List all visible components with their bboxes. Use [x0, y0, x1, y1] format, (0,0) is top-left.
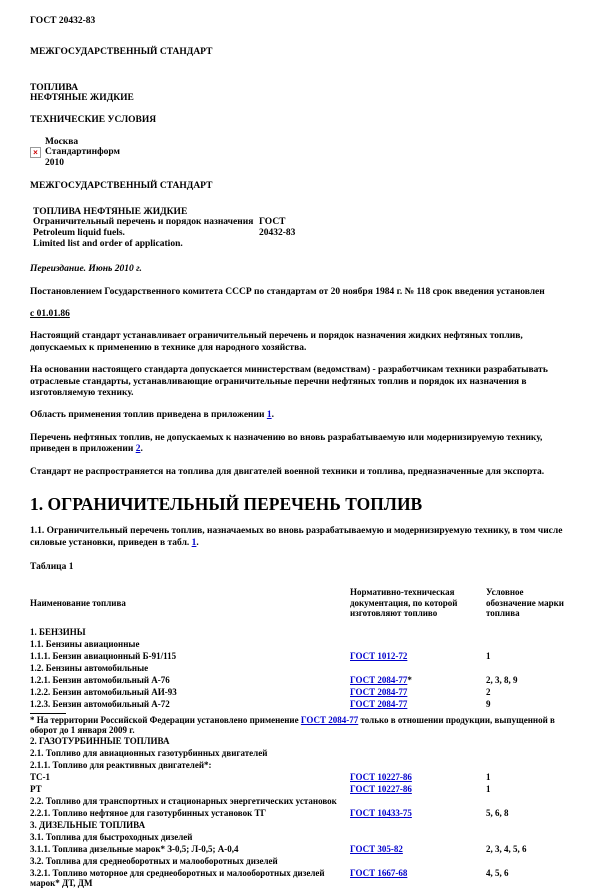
- doc-subtitle: ТЕХНИЧЕСКИЕ УСЛОВИЯ: [30, 115, 565, 126]
- fuel-name-cell: 1.2.3. Бензин автомобильный А-72: [30, 699, 350, 709]
- section-1-heading: 1. ОГРАНИЧИТЕЛЬНЫЙ ПЕРЕЧЕНЬ ТОПЛИВ: [30, 495, 565, 514]
- fuel-doc-cell: [350, 760, 486, 770]
- fuel-table-header: Наименование топлива Нормативно-техничес…: [30, 587, 565, 618]
- doc-title-line1: ТОПЛИВА: [30, 83, 565, 93]
- table-row: 1.1. Бензины авиационные: [30, 638, 565, 650]
- fuel-code-cell: [486, 796, 565, 806]
- table-row: 1. БЕНЗИНЫ: [30, 626, 565, 638]
- fuel-code-cell: 5, 6, 8: [486, 808, 565, 818]
- broken-image-icon: ×: [30, 147, 41, 158]
- effective-date: с 01.01.86: [30, 309, 70, 319]
- fuel-name-cell: 2.2. Топливо для транспортных и стациона…: [30, 796, 350, 806]
- fuel-doc-cell: [350, 820, 486, 830]
- text: .: [272, 410, 274, 420]
- footnote-text: * На территории Российской Федерации уст…: [30, 715, 565, 736]
- gost-link[interactable]: ГОСТ 1012-72: [350, 651, 407, 661]
- fuel-name-cell: 1.2. Бензины автомобильные: [30, 663, 350, 673]
- basis-paragraph: На основании настоящего стандарта допуск…: [30, 365, 565, 399]
- scope-paragraph: Настоящий стандарт устанавливает огранич…: [30, 331, 565, 354]
- fuel-name-cell: 3.2. Топлива для среднеоборотных и малоо…: [30, 856, 350, 866]
- gost-link[interactable]: ГОСТ 2084-77: [301, 715, 358, 725]
- fuel-name-cell: 1.1. Бензины авиационные: [30, 639, 350, 649]
- fuel-name-cell: ТС-1: [30, 772, 350, 782]
- fuel-doc-cell: ГОСТ 305-82: [350, 844, 486, 854]
- subtitle-en: Limited list and order of application.: [33, 239, 259, 250]
- table-row: 2.1. Топливо для авиационных газотурбинн…: [30, 748, 565, 760]
- fuel-doc-cell: ГОСТ 2084-77: [350, 699, 486, 709]
- gost-link[interactable]: ГОСТ 2084-77: [350, 687, 407, 697]
- fuel-doc-cell: ГОСТ 2084-77: [350, 687, 486, 697]
- column-header-doc: Нормативно-техническая документация, по …: [350, 587, 486, 618]
- fuel-doc-cell: ГОСТ 1012-72: [350, 651, 486, 661]
- standard-kind-2: МЕЖГОСУДАРСТВЕННЫЙ СТАНДАРТ: [30, 181, 565, 192]
- fuel-name-cell: 1. БЕНЗИНЫ: [30, 627, 350, 637]
- title-block-left: ТОПЛИВА НЕФТЯНЫЕ ЖИДКИЕ Ограничительный …: [33, 207, 259, 250]
- table-row: 3.1.1. Топлива дизельные марок* З-0,5; Л…: [30, 843, 565, 855]
- fuel-name-cell: 1.1.1. Бензин авиационный Б-91/115: [30, 651, 350, 661]
- text: 1.1. Ограничительный перечень топлив, на…: [30, 526, 562, 547]
- fuel-code-cell: 4, 5, 6: [486, 868, 565, 889]
- fuel-doc-cell: [350, 663, 486, 673]
- column-header-code: Условное обозначение марки топлива: [486, 587, 565, 618]
- doc-title-line2: НЕФТЯНЫЕ ЖИДКИЕ: [30, 93, 565, 103]
- fuel-doc-cell: ГОСТ 10227-86: [350, 772, 486, 782]
- imprint-lines: Москва Стандартинформ 2010: [45, 137, 120, 168]
- fuel-doc-cell: [350, 796, 486, 806]
- fuel-code-cell: [486, 832, 565, 842]
- fuel-code-cell: 1: [486, 651, 565, 661]
- fuel-name-cell: 2.1.1. Топливо для реактивных двигателей…: [30, 760, 350, 770]
- application-area-paragraph: Область применения топлив приведена в пр…: [30, 410, 565, 421]
- fuel-code-cell: [486, 639, 565, 649]
- fuel-name-cell: 3.1. Топлива для быстроходных дизелей: [30, 832, 350, 842]
- clause-1-1-paragraph: 1.1. Ограничительный перечень топлив, на…: [30, 526, 565, 549]
- fuel-code-cell: [486, 856, 565, 866]
- fuel-doc-cell: [350, 736, 486, 746]
- text: Область применения топлив приведена в пр…: [30, 410, 267, 420]
- footnote-rule-divider: [30, 713, 66, 714]
- document-page: ГОСТ 20432-83 МЕЖГОСУДАРСТВЕННЫЙ СТАНДАР…: [0, 0, 595, 889]
- table-row: РТГОСТ 10227-861: [30, 783, 565, 795]
- text: .: [140, 444, 142, 454]
- table-row: 3. ДИЗЕЛЬНЫЕ ТОПЛИВА: [30, 819, 565, 831]
- gost-link[interactable]: ГОСТ 2084-77: [350, 675, 407, 685]
- fuel-doc-cell: [350, 639, 486, 649]
- fuel-doc-cell: ГОСТ 10227-86: [350, 784, 486, 794]
- table-row: 1.2.2. Бензин автомобильный АИ-93ГОСТ 20…: [30, 686, 565, 698]
- title-en: Petroleum liquid fuels.: [33, 228, 259, 239]
- fuel-name-cell: 2.2.1. Топливо нефтяное для газотурбинны…: [30, 808, 350, 818]
- imprint-publisher: Стандартинформ: [45, 147, 120, 157]
- exclusion-paragraph: Стандарт не распространяется на топлива …: [30, 467, 565, 478]
- gost-link[interactable]: ГОСТ 2084-77: [350, 699, 407, 709]
- fuel-doc-cell: [350, 856, 486, 866]
- table-row: 1.2.3. Бензин автомобильный А-72ГОСТ 208…: [30, 698, 565, 710]
- table-row: 2.2. Топливо для транспортных и стациона…: [30, 795, 565, 807]
- gost-link[interactable]: ГОСТ 10433-75: [350, 808, 412, 818]
- column-header-name: Наименование топлива: [30, 598, 350, 608]
- standard-kind: МЕЖГОСУДАРСТВЕННЫЙ СТАНДАРТ: [30, 47, 565, 58]
- imprint-year: 2010: [45, 158, 120, 168]
- table-row: 2. ГАЗОТУРБИННЫЕ ТОПЛИВА: [30, 736, 565, 748]
- title-block: ТОПЛИВА НЕФТЯНЫЕ ЖИДКИЕ Ограничительный …: [33, 207, 565, 250]
- gost-link[interactable]: ГОСТ 10227-86: [350, 772, 412, 782]
- fuel-code-cell: 2: [486, 687, 565, 697]
- table-row: ТС-1ГОСТ 10227-861: [30, 771, 565, 783]
- fuel-table-body: 1. БЕНЗИНЫ1.1. Бензины авиационные1.1.1.…: [30, 626, 565, 889]
- code-label: ГОСТ: [259, 217, 295, 228]
- fuel-doc-cell: [350, 748, 486, 758]
- fuel-name-cell: 2. ГАЗОТУРБИННЫЕ ТОПЛИВА: [30, 736, 350, 746]
- fuel-code-cell: 2, 3, 8, 9: [486, 675, 565, 685]
- table-row: 1.2.1. Бензин автомобильный А-76ГОСТ 208…: [30, 674, 565, 686]
- doc-code: ГОСТ 20432-83: [30, 16, 565, 27]
- table-row: 2.2.1. Топливо нефтяное для газотурбинны…: [30, 807, 565, 819]
- reissue-note: Переиздание. Июнь 2010 г.: [30, 264, 565, 275]
- imprint-city: Москва: [45, 137, 120, 147]
- fuel-code-cell: 2, 3, 4, 5, 6: [486, 844, 565, 854]
- fuel-name-cell: РТ: [30, 784, 350, 794]
- table-row: 1.2. Бензины автомобильные: [30, 662, 565, 674]
- fuel-code-cell: [486, 748, 565, 758]
- text: .: [196, 538, 198, 548]
- gost-link[interactable]: ГОСТ 305-82: [350, 844, 403, 854]
- gost-link[interactable]: ГОСТ 1667-68: [350, 868, 407, 878]
- doc-title: ТОПЛИВА НЕФТЯНЫЕ ЖИДКИЕ: [30, 83, 565, 104]
- fuel-table: Наименование топлива Нормативно-техничес…: [30, 587, 565, 889]
- fuel-doc-cell: ГОСТ 10433-75: [350, 808, 486, 818]
- fuel-code-cell: 1: [486, 784, 565, 794]
- fuel-code-cell: [486, 663, 565, 673]
- table-footnote: * На территории Российской Федерации уст…: [30, 713, 565, 736]
- fuel-name-cell: 1.2.1. Бензин автомобильный А-76: [30, 675, 350, 685]
- table-row: 2.1.1. Топливо для реактивных двигателей…: [30, 760, 565, 772]
- excluded-fuels-paragraph: Перечень нефтяных топлив, не допускаемых…: [30, 433, 565, 456]
- fuel-name-cell: 3.2.1. Топливо моторное для среднеоборот…: [30, 868, 350, 889]
- title-block-code: ГОСТ 20432-83: [259, 207, 295, 250]
- table-row: 1.1.1. Бензин авиационный Б-91/115ГОСТ 1…: [30, 650, 565, 662]
- table-row: 3.2. Топлива для среднеоборотных и малоо…: [30, 855, 565, 867]
- gost-link[interactable]: ГОСТ 10227-86: [350, 784, 412, 794]
- code-number: 20432-83: [259, 228, 295, 239]
- fuel-name-cell: 3. ДИЗЕЛЬНЫЕ ТОПЛИВА: [30, 820, 350, 830]
- table-row: 3.1. Топлива для быстроходных дизелей: [30, 831, 565, 843]
- title-ru: ТОПЛИВА НЕФТЯНЫЕ ЖИДКИЕ: [33, 207, 259, 218]
- imprint-block: × Москва Стандартинформ 2010: [30, 137, 565, 168]
- fuel-code-cell: [486, 760, 565, 770]
- table-caption: Таблица 1: [30, 562, 565, 573]
- table-row: 3.2.1. Топливо моторное для среднеоборот…: [30, 867, 565, 889]
- fuel-code-cell: 9: [486, 699, 565, 709]
- decree-paragraph: Постановлением Государственного комитета…: [30, 287, 565, 298]
- fuel-name-cell: 3.1.1. Топлива дизельные марок* З-0,5; Л…: [30, 844, 350, 854]
- text: Перечень нефтяных топлив, не допускаемых…: [30, 433, 542, 454]
- fuel-code-cell: [486, 736, 565, 746]
- fuel-name-cell: 1.2.2. Бензин автомобильный АИ-93: [30, 687, 350, 697]
- fuel-doc-cell: ГОСТ 1667-68: [350, 868, 486, 889]
- fuel-name-cell: 2.1. Топливо для авиационных газотурбинн…: [30, 748, 350, 758]
- fuel-code-cell: [486, 627, 565, 637]
- fuel-doc-cell: [350, 627, 486, 637]
- fuel-doc-cell: ГОСТ 2084-77*: [350, 675, 486, 685]
- fuel-code-cell: [486, 820, 565, 830]
- fuel-doc-cell: [350, 832, 486, 842]
- fuel-code-cell: 1: [486, 772, 565, 782]
- subtitle-ru: Ограничительный перечень и порядок назна…: [33, 217, 259, 228]
